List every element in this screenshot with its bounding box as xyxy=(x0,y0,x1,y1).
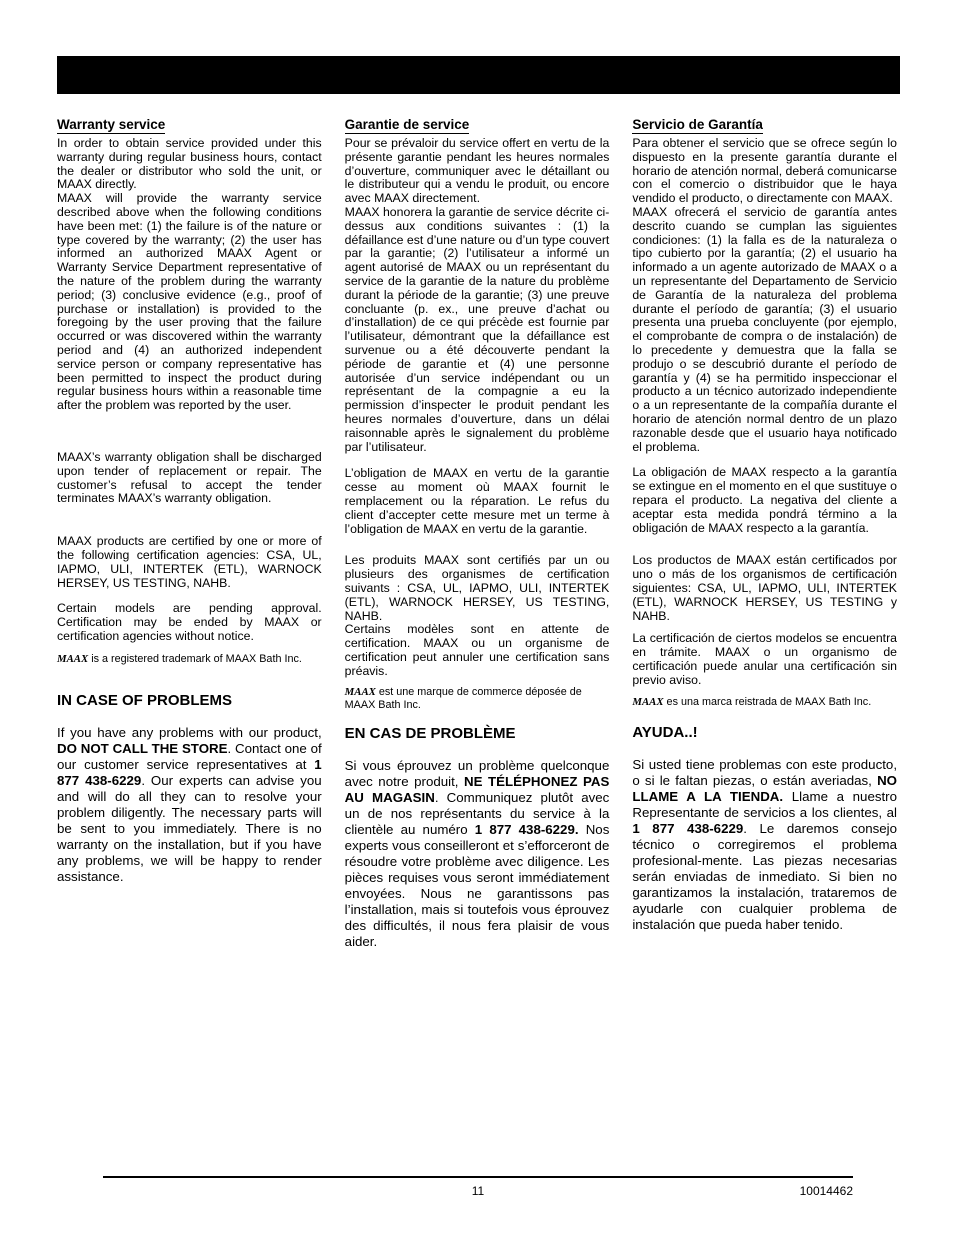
problem-text: . Our experts can advise you and will do… xyxy=(57,773,322,884)
warranty-paragraph: In order to obtain service provided unde… xyxy=(57,137,322,192)
column-title-spanish: Servicio de Garantía xyxy=(632,117,897,134)
footer-rule xyxy=(103,1176,853,1178)
trademark-brand: MAAX xyxy=(57,653,88,665)
warranty-paragraph: Los productos de MAAX están certificados… xyxy=(632,554,897,623)
problem-text: . Le daremos consejo técnico o corregire… xyxy=(632,821,897,932)
problem-text: Nos experts vous conseilleront et s’effo… xyxy=(345,822,610,949)
trademark-brand: MAAX xyxy=(345,686,376,698)
column-spanish: Servicio de Garantía Para obtener el ser… xyxy=(632,117,897,950)
warranty-paragraph: Les produits MAAX sont certifiés par un … xyxy=(345,554,610,623)
phone-number: 1 877 438-6229. xyxy=(475,822,579,837)
problem-paragraph: Si usted tiene problemas con este produc… xyxy=(632,757,897,933)
problem-paragraph: If you have any problems with our produc… xyxy=(57,725,322,885)
header-bar xyxy=(57,56,900,94)
problem-text: Si usted tiene problemas con este produc… xyxy=(632,757,897,788)
document-page: Warranty service In order to obtain serv… xyxy=(0,0,954,1235)
column-title-english: Warranty service xyxy=(57,117,322,134)
warranty-paragraph: Para obtener el servicio que se ofrece s… xyxy=(632,137,897,206)
warranty-paragraph: MAAX will provide the warranty service d… xyxy=(57,192,322,413)
content-columns: Warranty service In order to obtain serv… xyxy=(0,117,954,950)
trademark-text: is a registered trademark of MAAX Bath I… xyxy=(88,653,302,665)
column-title-text: Warranty service xyxy=(57,117,165,134)
warranty-paragraph: Certain models are pending approval. Cer… xyxy=(57,602,322,643)
column-french: Garantie de service Pour se prévaloir du… xyxy=(345,117,610,950)
column-title-text: Garantie de service xyxy=(345,117,470,134)
problem-text: If you have any problems with our produc… xyxy=(57,725,322,740)
warranty-paragraph: Pour se prévaloir du service offert en v… xyxy=(345,137,610,206)
warranty-paragraph: MAAX products are certified by one or mo… xyxy=(57,535,322,590)
trademark-text: est une marque de commerce déposée de MA… xyxy=(345,686,582,711)
problem-heading: EN CAS DE PROBLÈME xyxy=(345,725,610,743)
emphasis-text: DO NOT CALL THE STORE xyxy=(57,741,228,756)
warranty-paragraph: MAAX’s warranty obligation shall be disc… xyxy=(57,451,322,506)
warranty-paragraph: Certains modèles sont en attente de cert… xyxy=(345,623,610,678)
phone-number: 1 877 438-6229 xyxy=(632,821,743,836)
warranty-paragraph: La obligación de MAAX respecto a la gara… xyxy=(632,466,897,535)
trademark-note: MAAX is a registered trademark of MAAX B… xyxy=(57,653,322,666)
warranty-paragraph: L’obligation de MAAX en vertu de la gara… xyxy=(345,467,610,536)
warranty-paragraph: MAAX ofrecerá el servicio de garantía an… xyxy=(632,206,897,454)
trademark-note: MAAX es una marca reistrada de MAAX Bath… xyxy=(632,696,897,709)
warranty-paragraph: MAAX honorera la garantie de service déc… xyxy=(345,206,610,454)
column-english: Warranty service In order to obtain serv… xyxy=(57,117,322,950)
warranty-paragraph: La certificación de ciertos modelos se e… xyxy=(632,632,897,687)
problem-paragraph: Si vous éprouvez un problème quelconque … xyxy=(345,758,610,950)
trademark-brand: MAAX xyxy=(632,696,663,708)
column-title-french: Garantie de service xyxy=(345,117,610,134)
footer-row: 11 10014462 xyxy=(103,1184,853,1198)
trademark-note: MAAX est une marque de commerce déposée … xyxy=(345,686,610,712)
page-footer: 11 10014462 xyxy=(103,1176,853,1198)
page-number: 11 xyxy=(103,1184,853,1198)
trademark-text: es una marca reistrada de MAAX Bath Inc. xyxy=(664,696,872,708)
problem-heading: AYUDA..! xyxy=(632,724,897,742)
column-title-text: Servicio de Garantía xyxy=(632,117,763,134)
document-number: 10014462 xyxy=(800,1184,853,1198)
problem-heading: IN CASE OF PROBLEMS xyxy=(57,692,322,710)
